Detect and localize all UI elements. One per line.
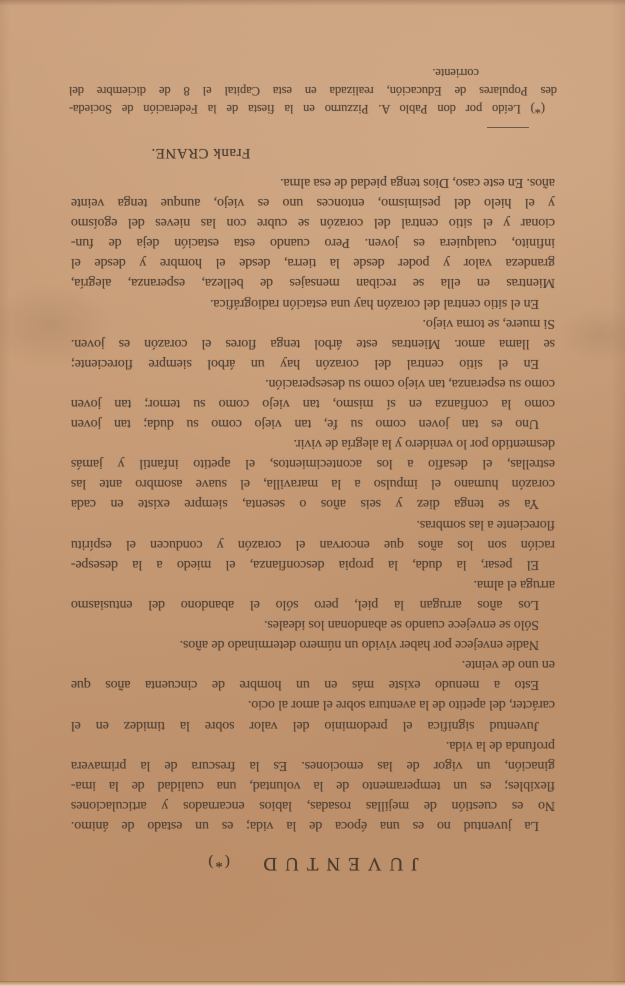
body-line: No es cuestión de mejillas rosadas, labi… — [71, 795, 555, 815]
body-line: estrellas, el desafío a los acontecimien… — [71, 453, 555, 473]
body-line: En el sitio central del corazón hay una … — [71, 292, 555, 312]
body-line: desmentido por lo venidero y la alegría … — [71, 433, 555, 453]
footnote-line: des Populares de Educación, realizada en… — [69, 82, 557, 100]
body-line: Los años arrugan la piel, pero sólo el a… — [71, 594, 555, 614]
body-line: Esto a menudo existe más en un hombre de… — [71, 674, 555, 694]
printed-page-content: JUVENTUD (*) La juventud no es una época… — [0, 0, 625, 986]
body-line: Mientras en ella se reciban mensajes de … — [71, 272, 555, 292]
body-line: infinito, cualquiera es joven. Pero cuan… — [71, 232, 555, 252]
body-line: ración son los años que encorvan el cora… — [71, 534, 555, 554]
body-line: flexibles; es un temperamento de la volu… — [71, 775, 555, 795]
body-line: como la confianza en sí mismo, tan viejo… — [71, 393, 555, 413]
body-line: años. En este caso, Dios tenga piedad de… — [71, 172, 555, 192]
footnote-line: corriente. — [69, 64, 557, 82]
body-line: En el sitio central del corazón hay un á… — [71, 353, 555, 373]
body-line: carácter, del apetito de la aventura sob… — [71, 694, 555, 714]
footnote-separator-rule — [487, 127, 529, 128]
body-line: se llama amor. Mientras este árbol tenga… — [71, 333, 555, 353]
body-text: La juventud no es una época de la vida; … — [71, 172, 555, 835]
body-line: Sólo se envejece cuando se abandonan los… — [71, 614, 555, 634]
body-line: en uno de veinte. — [71, 654, 555, 674]
body-line: Nadie envejece por haber vivido un númer… — [71, 634, 555, 654]
body-line: como su esperanza, tan viejo como su des… — [71, 373, 555, 393]
footnote-line: (*) Leído por don Pablo A. Pizzurno en l… — [69, 100, 557, 118]
body-line: grandeza valor y poder desde la tierra, … — [71, 252, 555, 272]
footnote: (*) Leído por don Pablo A. Pizzurno en l… — [69, 64, 557, 118]
body-line: floreciente a las sombras. — [71, 514, 555, 534]
body-line: La juventud no es una época de la vida; … — [71, 815, 555, 835]
page-title: JUVENTUD (*) — [0, 849, 625, 876]
body-line: y el hielo del pesimismo, entonces uno e… — [71, 192, 555, 212]
body-line: Juventud significa el predominio del val… — [71, 714, 555, 734]
body-line: arruga el alma. — [71, 574, 555, 594]
body-line: El pesar, la duda, la propia desconfianz… — [71, 554, 555, 574]
footnote-marker: (*) — [206, 854, 230, 870]
body-line: ginación, un vigor de las emociones. Es … — [71, 755, 555, 775]
author-signature: Frank CRANE. — [71, 144, 555, 162]
body-line: corazón humano el impulso a la maravilla… — [71, 473, 555, 493]
page-bottom-edge — [0, 982, 625, 986]
body-line: Si muere, se torna viejo. — [71, 313, 555, 333]
body-line: Uno es tan joven como su fe, tan viejo c… — [71, 413, 555, 433]
body-line: profunda de la vida. — [71, 735, 555, 755]
page-title-text: JUVENTUD — [255, 853, 418, 874]
body-line: Ya se tenga diez y seis años o sesenta, … — [71, 493, 555, 513]
body-line: cionar y el sitio central del corazón se… — [71, 212, 555, 232]
book-page-photo: { "colors": { "paper": "#c89d78", "ink":… — [0, 0, 625, 986]
